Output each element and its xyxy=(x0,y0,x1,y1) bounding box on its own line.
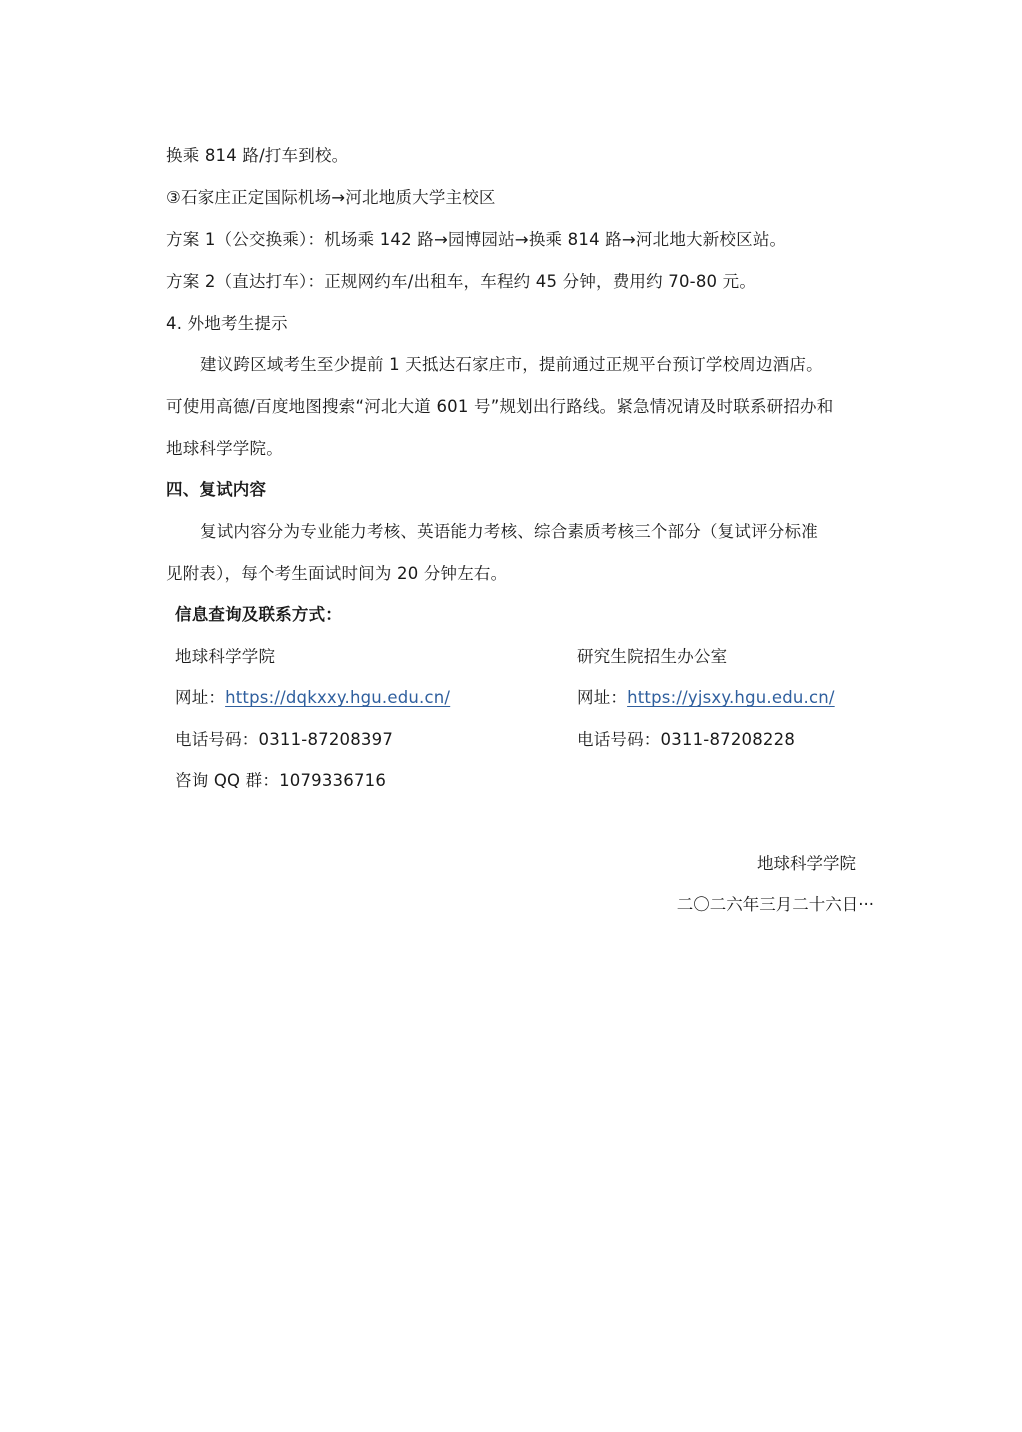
route3-plan1: 方案 1（公交换乘）：机场乘 142 路→园博园站→换乘 814 路→河北地大新… xyxy=(166,228,786,252)
route3-plan2: 方案 2（直达打车）：正规网约车/出租车，车程约 45 分钟，费用约 70-80… xyxy=(166,270,756,294)
contact-left-url-link[interactable]: https://dqkxxy.hgu.edu.cn/ xyxy=(225,688,450,707)
contact-right-url-row: 网址：https://yjsxy.hgu.edu.cn/ xyxy=(577,686,835,710)
tips-paragraph-line2: 可使用高德/百度地图搜索“河北大道 601 号”规划出行路线。紧急情况请及时联系… xyxy=(166,395,833,419)
contact-right-phone: 电话号码：0311-87208228 xyxy=(577,728,795,752)
contact-heading: 信息查询及联系方式： xyxy=(175,603,342,627)
contact-right-org: 研究生院招生办公室 xyxy=(577,645,727,669)
signature-org: 地球科学学院 xyxy=(757,852,856,876)
tips-paragraph-line1: 建议跨区域考生至少提前 1 天抵达石家庄市，提前通过正规平台预订学校周边酒店。 xyxy=(200,353,823,377)
document-page: 换乘 814 路/打车到校。 ③石家庄正定国际机场→河北地质大学主校区 方案 1… xyxy=(0,0,1022,1432)
contact-left-url-label: 网址： xyxy=(175,688,225,707)
contact-left-phone: 电话号码：0311-87208397 xyxy=(175,728,393,752)
contact-left-qq: 咨询 QQ 群：1079336716 xyxy=(175,769,386,793)
section4-paragraph-line1: 复试内容分为专业能力考核、英语能力考核、综合素质考核三个部分（复试评分标准 xyxy=(200,520,818,544)
signature-date: 二〇二六年三月二十六日··· xyxy=(677,893,874,917)
section4-heading: 四、复试内容 xyxy=(166,478,266,502)
contact-left-url-row: 网址：https://dqkxxy.hgu.edu.cn/ xyxy=(175,686,450,710)
contact-left-org: 地球科学学院 xyxy=(175,645,275,669)
tips-heading: 4. 外地考生提示 xyxy=(166,312,288,336)
section4-paragraph-line2: 见附表），每个考生面试时间为 20 分钟左右。 xyxy=(166,562,507,586)
contact-right-url-label: 网址： xyxy=(577,688,627,707)
tips-paragraph-line3: 地球科学学院。 xyxy=(166,437,283,461)
route3-title: ③石家庄正定国际机场→河北地质大学主校区 xyxy=(166,186,496,210)
route2-continuation: 换乘 814 路/打车到校。 xyxy=(166,144,348,168)
contact-right-url-link[interactable]: https://yjsxy.hgu.edu.cn/ xyxy=(627,688,835,707)
